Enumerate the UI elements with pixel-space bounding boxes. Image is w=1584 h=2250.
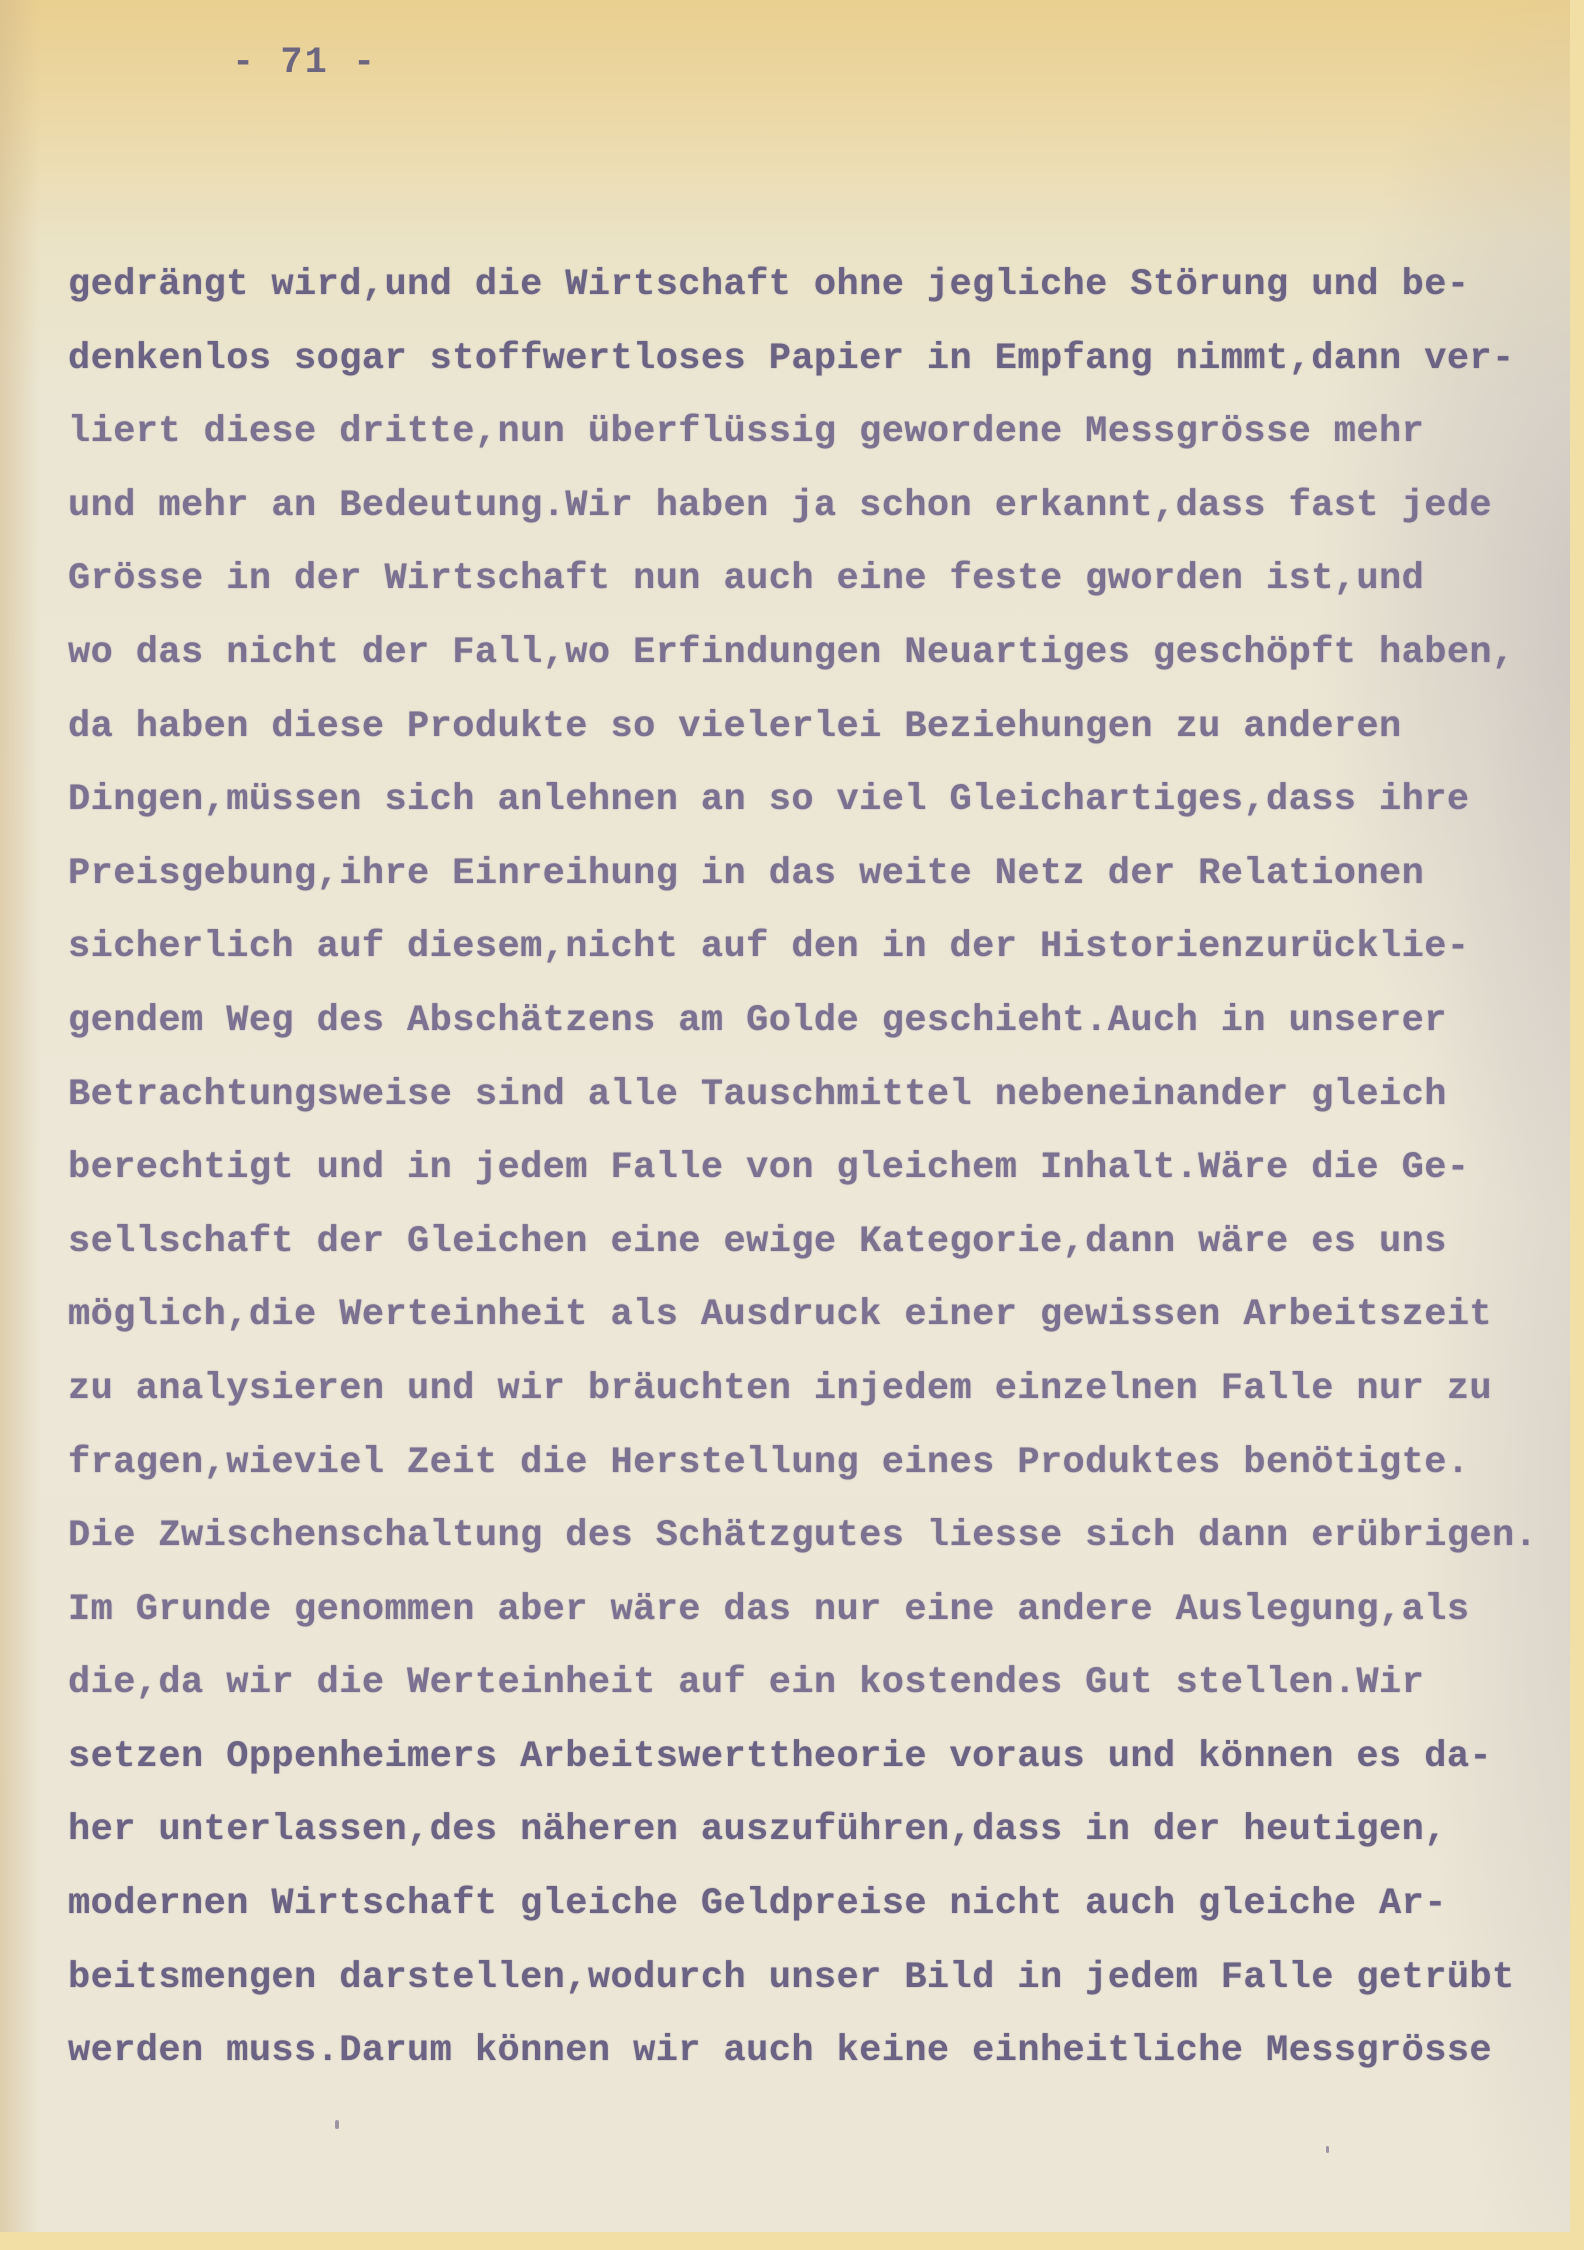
text-line: denkenlos sogar stoffwertloses Papier in… xyxy=(68,336,1548,410)
typed-body-text: gedrängt wird,und die Wirtschaft ohne je… xyxy=(68,262,1548,2102)
text-line: sellschaft der Gleichen eine ewige Kateg… xyxy=(68,1219,1548,1293)
text-line: Betrachtungsweise sind alle Tauschmittel… xyxy=(68,1072,1548,1146)
text-line: Die Zwischenschaltung des Schätzgutes li… xyxy=(68,1513,1548,1587)
text-line: her unterlassen,des näheren auszuführen,… xyxy=(68,1807,1548,1881)
text-line: Grösse in der Wirtschaft nun auch eine f… xyxy=(68,556,1548,630)
ink-speck xyxy=(1326,2146,1329,2153)
text-line: beitsmengen darstellen,wodurch unser Bil… xyxy=(68,1955,1548,2029)
page-number: - 71 - xyxy=(232,42,377,84)
text-line: setzen Oppenheimers Arbeitswerttheorie v… xyxy=(68,1734,1548,1808)
text-line: werden muss.Darum können wir auch keine … xyxy=(68,2028,1548,2102)
text-line: gedrängt wird,und die Wirtschaft ohne je… xyxy=(68,262,1548,336)
text-line: modernen Wirtschaft gleiche Geldpreise n… xyxy=(68,1881,1548,1955)
text-line: Im Grunde genommen aber wäre das nur ein… xyxy=(68,1587,1548,1661)
text-line: wo das nicht der Fall,wo Erfindungen Neu… xyxy=(68,630,1548,704)
text-line: die,da wir die Werteinheit auf ein koste… xyxy=(68,1660,1548,1734)
text-line: und mehr an Bedeutung.Wir haben ja schon… xyxy=(68,483,1548,557)
text-line: da haben diese Produkte so vielerlei Bez… xyxy=(68,704,1548,778)
text-line: sicherlich auf diesem,nicht auf den in d… xyxy=(68,924,1548,998)
text-line: Preisgebung,ihre Einreihung in das weite… xyxy=(68,851,1548,925)
text-line: fragen,wieviel Zeit die Herstellung eine… xyxy=(68,1440,1548,1514)
text-line: gendem Weg des Abschätzens am Golde gesc… xyxy=(68,998,1548,1072)
text-line: Dingen,müssen sich anlehnen an so viel G… xyxy=(68,777,1548,851)
text-line: liert diese dritte,nun überflüssig gewor… xyxy=(68,409,1548,483)
typewritten-page: - 71 - gedrängt wird,und die Wirtschaft … xyxy=(0,0,1570,2232)
ink-speck xyxy=(335,2120,339,2129)
text-line: zu analysieren und wir bräuchten injedem… xyxy=(68,1366,1548,1440)
text-line: möglich,die Werteinheit als Ausdruck ein… xyxy=(68,1292,1548,1366)
text-line: berechtigt und in jedem Falle von gleich… xyxy=(68,1145,1548,1219)
